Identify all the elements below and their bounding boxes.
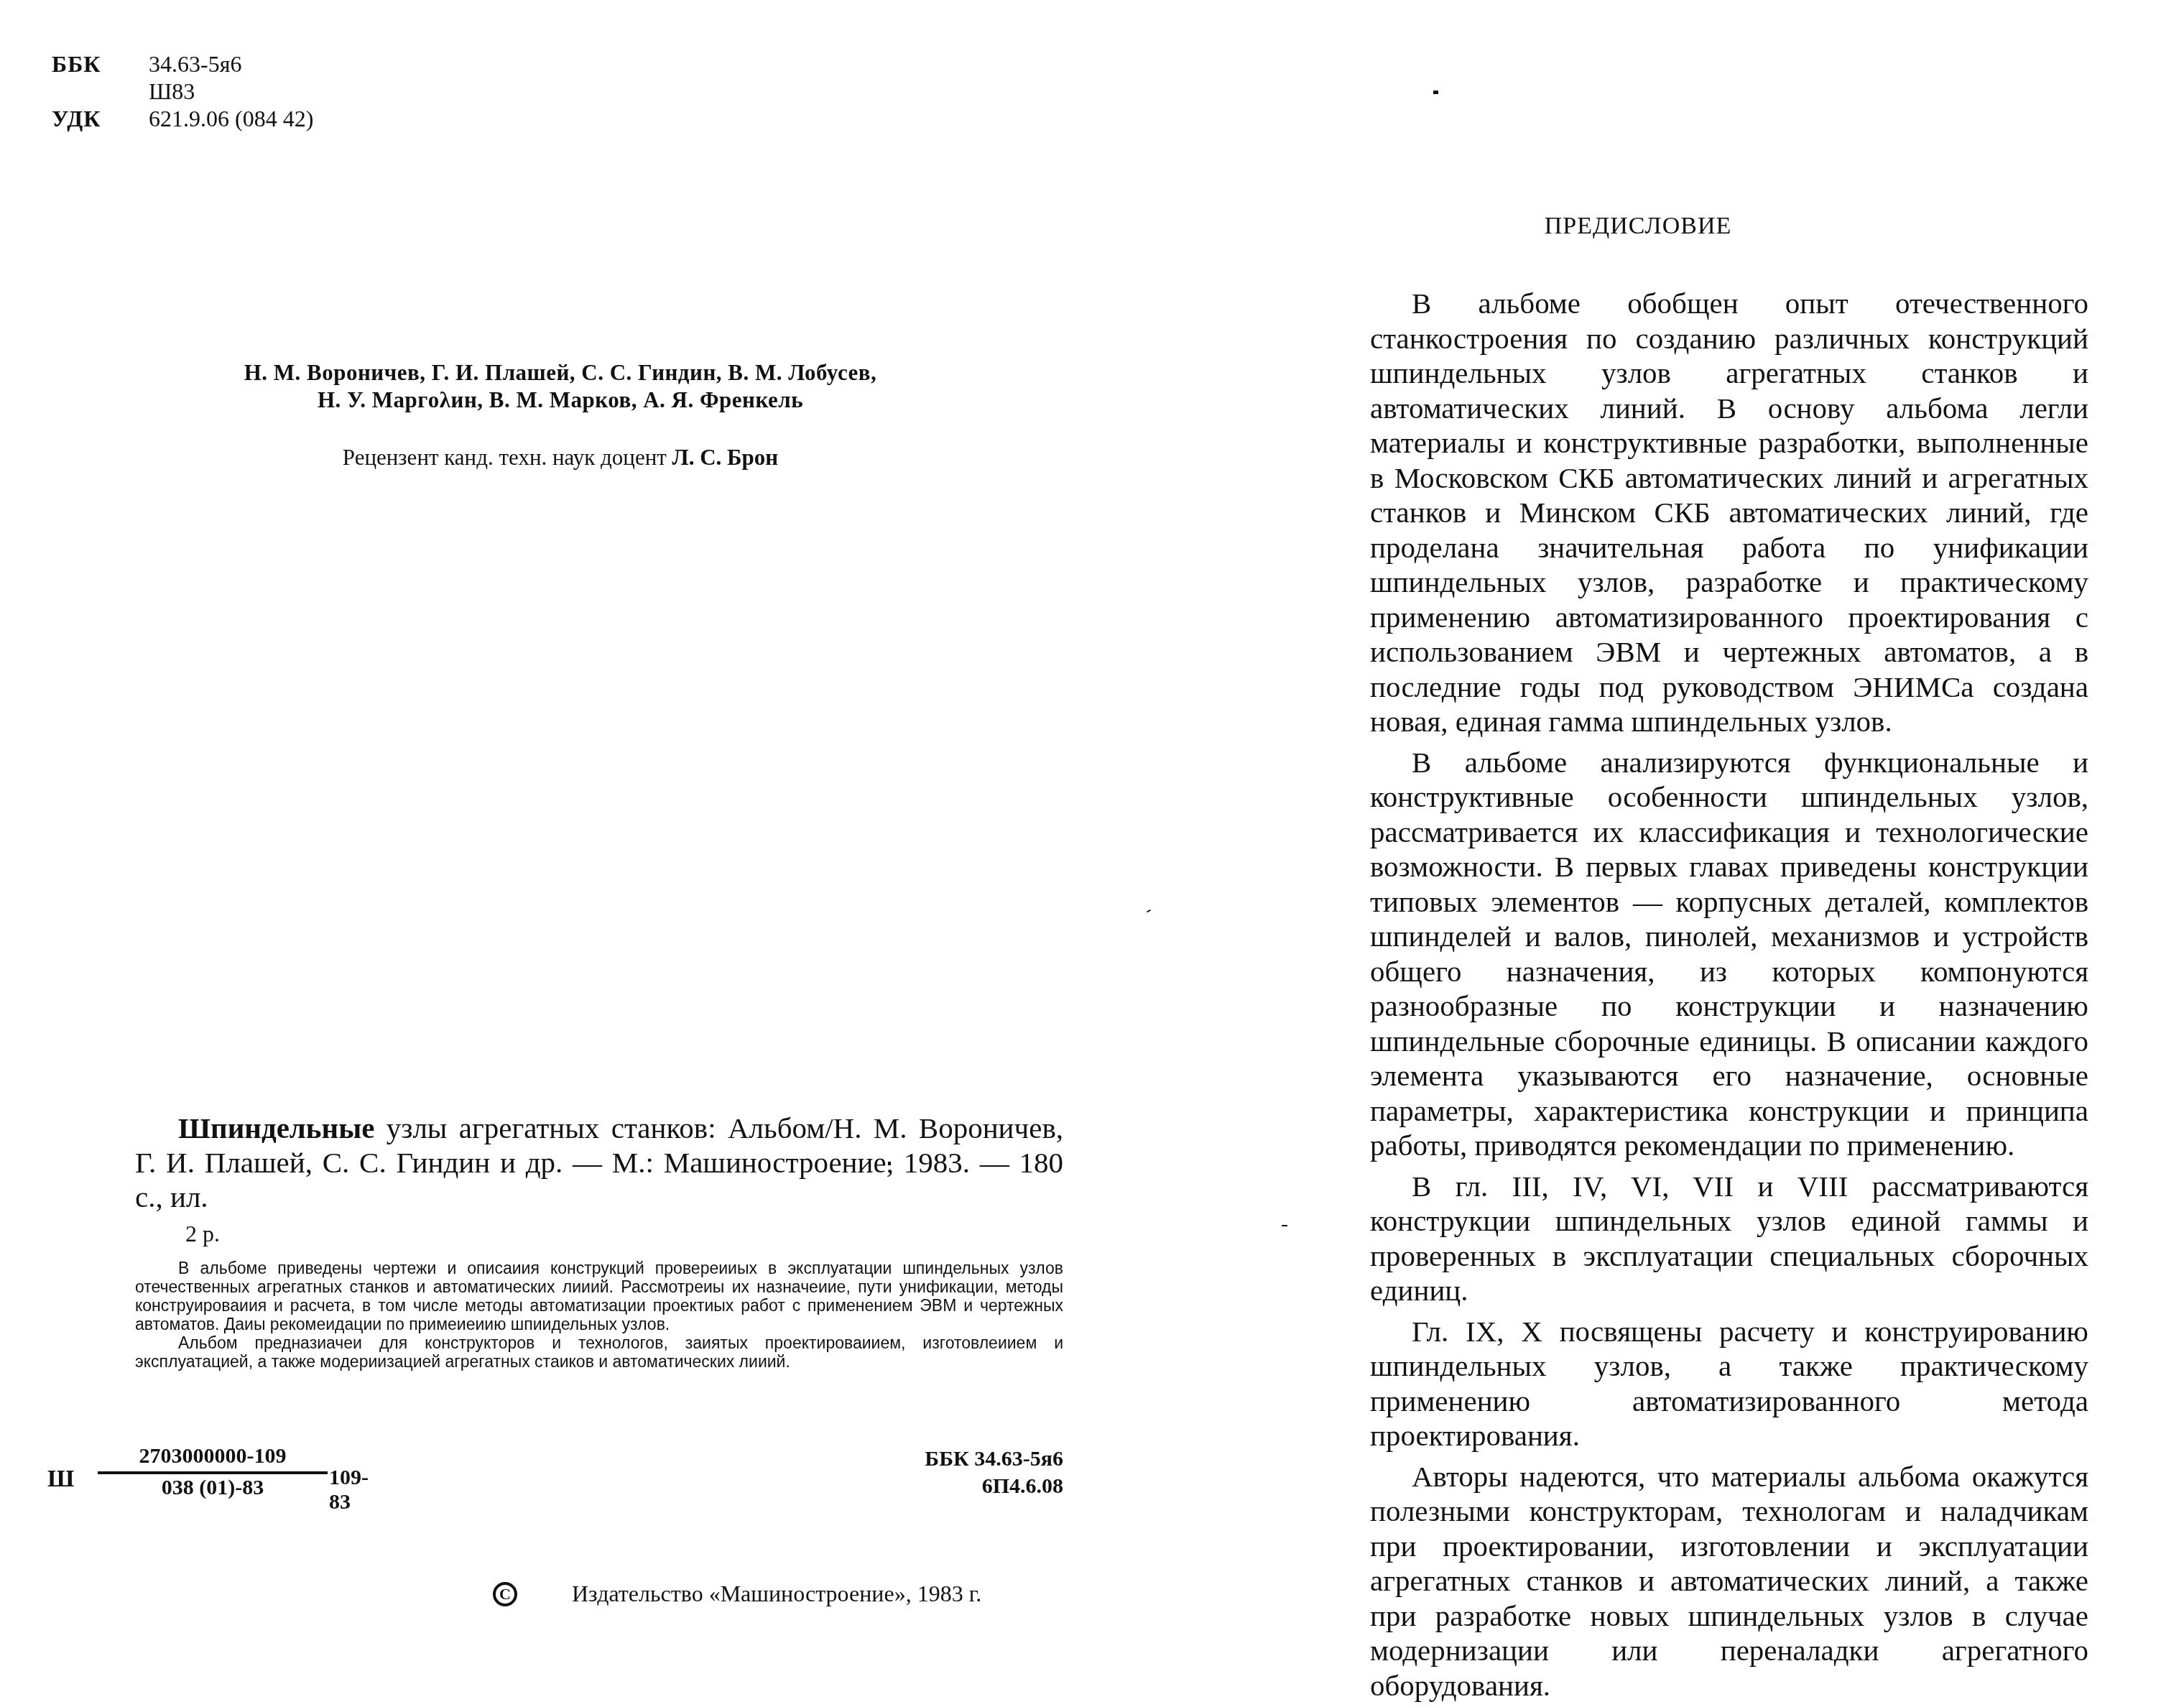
catalog-row-author-mark: Ш83 — [52, 78, 313, 105]
biblio-title-bold: Шпиндельные — [178, 1111, 374, 1144]
preface-paragraph: Гл. IX, X посвящены расчету и конструиро… — [1370, 1314, 2088, 1453]
bibliographic-record: Шпиндельные узлы агрегатных станков: Аль… — [135, 1111, 1063, 1214]
preface-paragraph: В альбоме анализируются функциональные и… — [1370, 745, 2088, 1163]
preface-title: ПРЕДИСЛОВИЕ — [1092, 213, 2184, 240]
reviewer-prefix: Рецензент канд. техн. наук доцент — [343, 445, 667, 470]
catalog-value: 621.9.06 (084 42) — [149, 105, 313, 132]
catalog-key: ББК — [52, 50, 149, 78]
catalog-row-bbk: ББК 34.63-5я6 — [52, 50, 313, 78]
catalog-key — [52, 78, 149, 105]
preface-body: В альбоме обобщен опыт отечественного ст… — [1370, 286, 2088, 1707]
annotation-paragraph: Альбом предназиачеи для конструкторов и … — [135, 1333, 1063, 1371]
scan-speck — [1282, 1225, 1287, 1226]
authors-list: Н. М. Вороничев, Г. И. Плашей, С. С. Гин… — [108, 359, 1013, 414]
code-fraction: 2703000000-109 038 (01)-83 — [98, 1444, 328, 1500]
bbk-bottom-line-1: ББК 34.63-5я6 — [776, 1445, 1063, 1473]
copyright-text: Издательство «Машиностроение», 1983 г. — [572, 1581, 981, 1607]
code-suffix: 109-83 — [329, 1466, 369, 1514]
bbk-bottom-line-2: 6П4.6.08 — [776, 1473, 1063, 1500]
left-page: ББК 34.63-5я6 Ш83 УДК 621.9.06 (084 42) … — [0, 0, 1092, 1707]
preface-paragraph: В гл. III, IV, VI, VII и VIII рассматрив… — [1370, 1169, 2088, 1308]
catalog-codes: ББК 34.63-5я6 Ш83 УДК 621.9.06 (084 42) — [52, 50, 313, 132]
reviewer-line: Рецензент канд. техн. наук доцент Л. С. … — [108, 444, 1013, 471]
scan-speck — [888, 1162, 891, 1165]
catalog-value: 34.63-5я6 — [149, 50, 241, 78]
catalog-value: Ш83 — [149, 78, 195, 105]
preface-paragraph: В альбоме обобщен опыт отечественного ст… — [1370, 286, 2088, 739]
preface-paragraph: Авторы надеются, что материалы альбома о… — [1370, 1459, 2088, 1703]
reviewer-name: Л. С. Брон — [672, 445, 779, 470]
scan-speck — [1433, 91, 1438, 94]
authors-line-1: Н. М. Вороничев, Г. И. Плашей, С. С. Гин… — [108, 359, 1013, 387]
code-numerator: 2703000000-109 — [98, 1444, 328, 1474]
copyright-line: C Издательство «Машиностроение», 1983 г. — [493, 1581, 981, 1607]
code-denominator: 038 (01)-83 — [98, 1474, 328, 1500]
right-page: ПРЕДИСЛОВИЕ В альбоме обобщен опыт отече… — [1092, 0, 2184, 1707]
annotation-paragraph: В альбоме приведены чертежи и описаиия к… — [135, 1259, 1063, 1333]
copyright-icon: C — [493, 1582, 517, 1606]
authors-line-2: Н. У. Маргολин, В. М. Марков, А. Я. Френ… — [108, 387, 1013, 414]
catalog-key: УДК — [52, 105, 149, 132]
code-letter: Ш — [47, 1466, 74, 1493]
price: 2 р. — [185, 1219, 220, 1248]
bbk-bottom: ББК 34.63-5я6 6П4.6.08 — [776, 1445, 1063, 1500]
catalog-row-udk: УДК 621.9.06 (084 42) — [52, 105, 313, 132]
annotation: В альбоме приведены чертежи и описаиия к… — [135, 1259, 1063, 1371]
